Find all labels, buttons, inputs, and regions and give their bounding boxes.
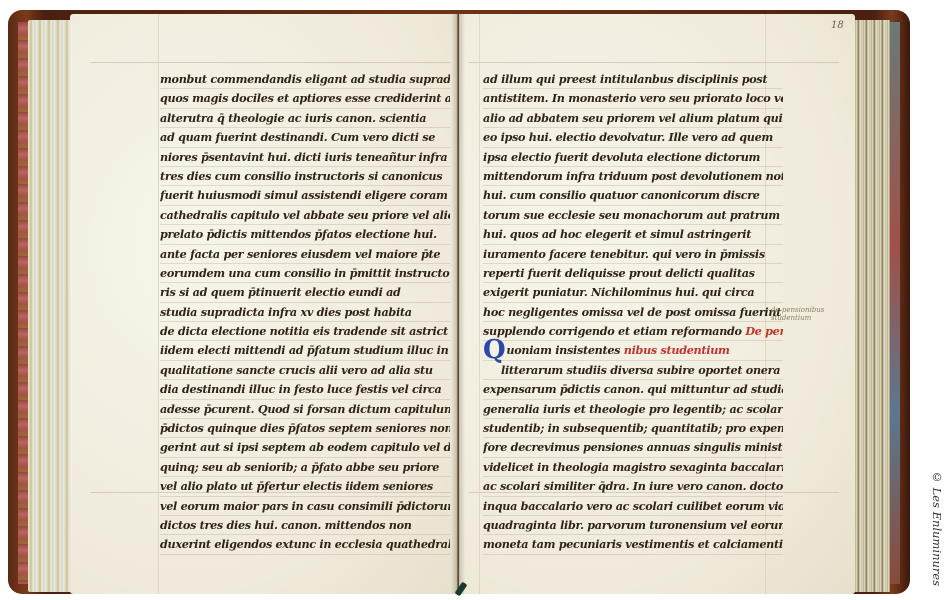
ruling-margin bbox=[158, 14, 159, 594]
text-line: prelato p̄dictis mittendos p̄fatos elect… bbox=[160, 225, 450, 244]
text-line: litterarum studiis diversa subire oporte… bbox=[483, 361, 783, 380]
text-line: tres dies cum consilio instructoris si c… bbox=[160, 167, 450, 186]
text-line: gerint aut si ipsi septem ab eodem capit… bbox=[160, 438, 450, 457]
text-line: mittendorum infra triduum post devolutio… bbox=[483, 167, 783, 186]
left-page: monbut commendandis eligant ad studia su… bbox=[70, 14, 458, 594]
text-line: quadraginta libr. parvorum turonensium v… bbox=[483, 516, 783, 535]
text-line: niores p̄sentavint hui. dicti iuris tene… bbox=[160, 148, 450, 167]
text-line: qualitatione sancte crucis alii vero ad … bbox=[160, 361, 450, 380]
text-line: dia destinandi illuc in festo luce festi… bbox=[160, 380, 450, 399]
text-line: adesse p̄curent. Quod si forsan dictum c… bbox=[160, 400, 450, 419]
text-line: videlicet in theologia magistro sexagint… bbox=[483, 458, 783, 477]
folio-number: 18 bbox=[831, 20, 844, 31]
book-gutter bbox=[451, 14, 465, 594]
text-line: monbut commendandis eligant ad studia su… bbox=[160, 70, 450, 89]
text-line: eo ipso hui. electio devolvatur. Ille ve… bbox=[483, 128, 783, 147]
text-line: ad illum qui preest intitulanbus discipl… bbox=[483, 70, 783, 89]
left-text-block: monbut commendandis eligant ad studia su… bbox=[160, 70, 450, 555]
ruling-margin bbox=[479, 14, 480, 594]
text-span: supplendo corrigendo et etiam reformando bbox=[483, 324, 742, 338]
text-line: inqua baccalario vero ac scolari cuilibe… bbox=[483, 497, 783, 516]
text-line: hui. quos ad hoc elegerit et simul astri… bbox=[483, 225, 783, 244]
text-line-with-rubric: supplendo corrigendo et etiam reformando… bbox=[483, 322, 783, 341]
text-line: generalia iuris et theologie pro legenti… bbox=[483, 400, 783, 419]
text-line: quinq; seu ab seniorib; a p̄fato abbe se… bbox=[160, 458, 450, 477]
text-line: hui. cum consilio quatuor canonicorum di… bbox=[483, 186, 783, 205]
text-line: torum sue ecclesie seu monachorum aut pr… bbox=[483, 206, 783, 225]
text-line: iidem electi mittendi ad p̄fatum studium… bbox=[160, 341, 450, 360]
rubric-heading: nibus studentium bbox=[624, 343, 730, 357]
text-line: cathedralis capitulo vel abbate seu prio… bbox=[160, 206, 450, 225]
text-line: ipsa electio fuerit devoluta electione d… bbox=[483, 148, 783, 167]
text-line: p̄dictos quinque dies p̄fatos septem sen… bbox=[160, 419, 450, 438]
text-line: ac scolari similiter q̄dra. In iure vero… bbox=[483, 477, 783, 496]
text-line-with-initial: Quoniam insistentes nibus studentium bbox=[483, 341, 783, 360]
right-page-edges bbox=[854, 20, 890, 592]
open-manuscript: monbut commendandis eligant ad studia su… bbox=[8, 8, 910, 596]
text-line: duxerint eligendos extunc in ecclesia qu… bbox=[160, 535, 450, 554]
text-line: hoc negligentes omissa vel de post omiss… bbox=[483, 303, 783, 322]
text-line: dictos tres dies hui. canon. mittendos n… bbox=[160, 516, 450, 535]
text-line: vel alio plato ut p̄fertur electis iidem… bbox=[160, 477, 450, 496]
decorated-initial: Q bbox=[483, 341, 505, 359]
marginal-note: de pensionibus studentium bbox=[771, 306, 855, 322]
text-line: fore decrevimus pensiones annuas singuli… bbox=[483, 438, 783, 457]
right-page: 18 ad illum qui preest intitulanbus disc… bbox=[459, 14, 855, 594]
text-line: reperti fuerit deliquisse prout delicti … bbox=[483, 264, 783, 283]
text-line: studia supradicta infra xv dies post hab… bbox=[160, 303, 450, 322]
ruling-line bbox=[90, 62, 450, 63]
copyright-credit: © Les Enluminures bbox=[928, 470, 944, 590]
text-line: studentib; in subsequentib; quantitatib;… bbox=[483, 419, 783, 438]
text-line: ad quam fuerint destinandi. Cum vero dic… bbox=[160, 128, 450, 147]
text-line: eorumdem una cum consilio in p̄mittit in… bbox=[160, 264, 450, 283]
text-line: vel eorum maior pars in casu consimili p… bbox=[160, 497, 450, 516]
text-line: iuramento facere tenebitur. qui vero in … bbox=[483, 245, 783, 264]
text-line: moneta tam pecuniaris vestimentis et cal… bbox=[483, 535, 783, 554]
right-text-block: ad illum qui preest intitulanbus discipl… bbox=[483, 70, 783, 555]
rubric-heading: De pensio bbox=[745, 324, 783, 338]
text-line: quos magis dociles et aptiores esse cred… bbox=[160, 89, 450, 108]
text-line: de dicta electione notitia eis tradende … bbox=[160, 322, 450, 341]
text-line: antistitem. In monasterio vero seu prior… bbox=[483, 89, 783, 108]
text-line: alterutra q̄ theologie ac iuris canon. s… bbox=[160, 109, 450, 128]
text-line: ris si ad quem p̄tinuerit electio eundi … bbox=[160, 283, 450, 302]
text-line: exigerit puniatur. Nichilominus hui. qui… bbox=[483, 283, 783, 302]
text-line: expensarum p̄dictis canon. qui mittuntur… bbox=[483, 380, 783, 399]
text-line: fuerit huiusmodi simul assistendi eliger… bbox=[160, 186, 450, 205]
text-line: alio ad abbatem seu priorem vel alium pl… bbox=[483, 109, 783, 128]
text-line: ante facta per seniores eiusdem vel maio… bbox=[160, 245, 450, 264]
ruling-line bbox=[469, 62, 839, 63]
text-span: uoniam insistentes bbox=[506, 343, 620, 357]
